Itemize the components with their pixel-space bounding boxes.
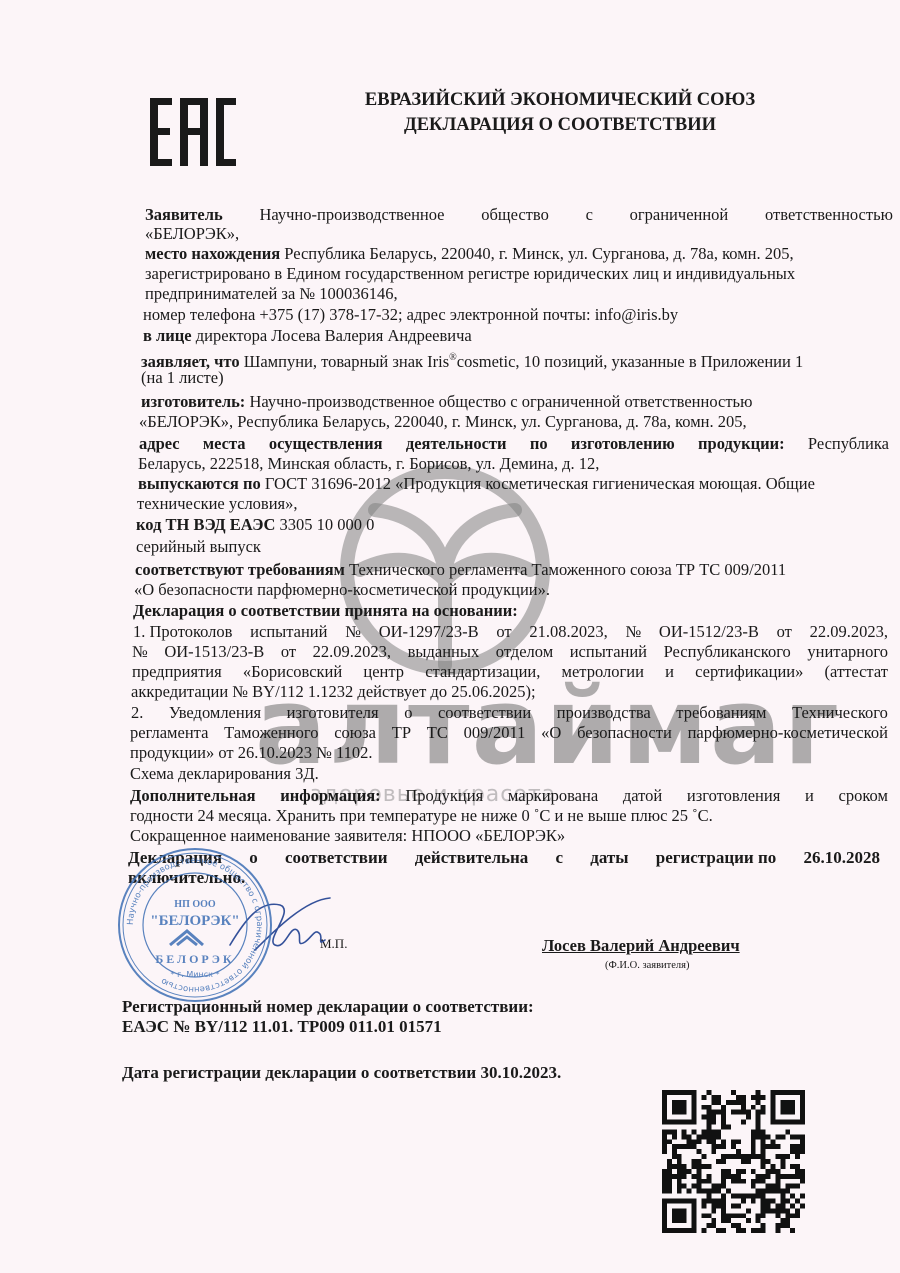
registry-line2: предпринимателей за № 100036146, (145, 284, 398, 304)
conformity-line2: «О безопасности парфюмерно-косметической… (134, 580, 550, 600)
signer-name: Лосев Валерий Андреевич (542, 936, 740, 956)
declares-cont: (на 1 листе) (141, 368, 224, 388)
basis-item2-line3: продукции» от 26.10.2023 № 1102. (130, 743, 373, 763)
stamp-top-text: НП ООО (174, 899, 216, 910)
stamp-center-text: "БЕЛОРЭК" (150, 913, 239, 929)
standard-line1: выпускаются по ГОСТ 31696-2012 «Продукци… (138, 474, 815, 494)
stamp-bottom-text: БЕЛОРЭК (155, 952, 234, 966)
conformity-line1: соответствуют требованиям Технического р… (135, 560, 786, 580)
basis-item1-line4: аккредитации № BY/112 1.1232 действует д… (131, 682, 536, 702)
doc-title-line1: ЕВРАЗИЙСКИЙ ЭКОНОМИЧЕСКИЙ СОЮЗ (340, 88, 780, 113)
standard-line2: технические условия», (137, 494, 298, 514)
additional-line1: Дополнительнаяинформация:Продукциямаркир… (130, 786, 888, 806)
production-address-value: Беларусь, 222518, Минская область, г. Бо… (138, 454, 599, 474)
registry-line1: зарегистрировано в Едином государственно… (145, 264, 795, 284)
scheme: Схема декларирования 3Д. (130, 764, 319, 784)
additional-line3: Сокращенное наименование заявителя: НПОО… (130, 826, 565, 846)
basis-heading: Декларация о соответствии принята на осн… (133, 601, 518, 621)
hs-code: код ТН ВЭД ЕАЭС 3305 10 000 0 (136, 515, 374, 535)
registration-date: Дата регистрации декларации о соответств… (122, 1063, 561, 1083)
basis-item2-line1: 2.Уведомленияизготовителяосоответствиипр… (131, 703, 888, 723)
manufacturer-line1: изготовитель: Научно-производственное об… (141, 392, 752, 412)
signer-caption: (Ф.И.О. заявителя) (605, 956, 690, 976)
qr-code (662, 1090, 805, 1233)
basis-item1-line1: 1. Протоколовиспытаний№ОИ-1297/23-Вот21.… (133, 622, 888, 642)
applicant-line: Заявитель Научно-производственное общест… (145, 205, 893, 225)
stamp-city-text: * г. Минск * (171, 970, 220, 979)
basis-item2-line2: регламентаТаможенногосоюзаТРТС009/2011«О… (130, 723, 888, 743)
applicant-location: место нахождения Республика Беларусь, 22… (145, 244, 794, 264)
eac-logo (150, 98, 236, 166)
applicant-label: Заявитель (145, 205, 223, 225)
declares-line: заявляет, что Шампуни, товарный знак Iri… (141, 348, 803, 372)
company-stamp: Научно-производственное общество с огран… (115, 845, 275, 1005)
applicant-name-cont: «БЕЛОРЭК», (145, 224, 239, 244)
doc-title-line2: ДЕКЛАРАЦИЯ О СООТВЕТСТВИИ (340, 113, 780, 138)
basis-item1-line3: предприятия«Борисовскийцентрстандартизац… (132, 662, 888, 682)
production-address-label: адрес места осуществления деятельности п… (139, 434, 889, 454)
applicant-represented: в лице директора Лосева Валерия Андрееви… (143, 326, 472, 346)
basis-item1-line2: №ОИ-1513/23-Вот22.09.2023,выданныхотдело… (132, 642, 888, 662)
manufacturer-line2: «БЕЛОРЭК», Республика Беларусь, 220040, … (139, 412, 747, 432)
registration-number: ЕАЭС № BY/112 11.01. ТР009 011.01 01571 (122, 1017, 442, 1037)
additional-line2: годности 24 месяца. Хранить при температ… (130, 806, 713, 826)
applicant-contacts: номер телефона +375 (17) 378-17-32; адре… (143, 305, 678, 325)
production-type: серийный выпуск (136, 537, 261, 557)
